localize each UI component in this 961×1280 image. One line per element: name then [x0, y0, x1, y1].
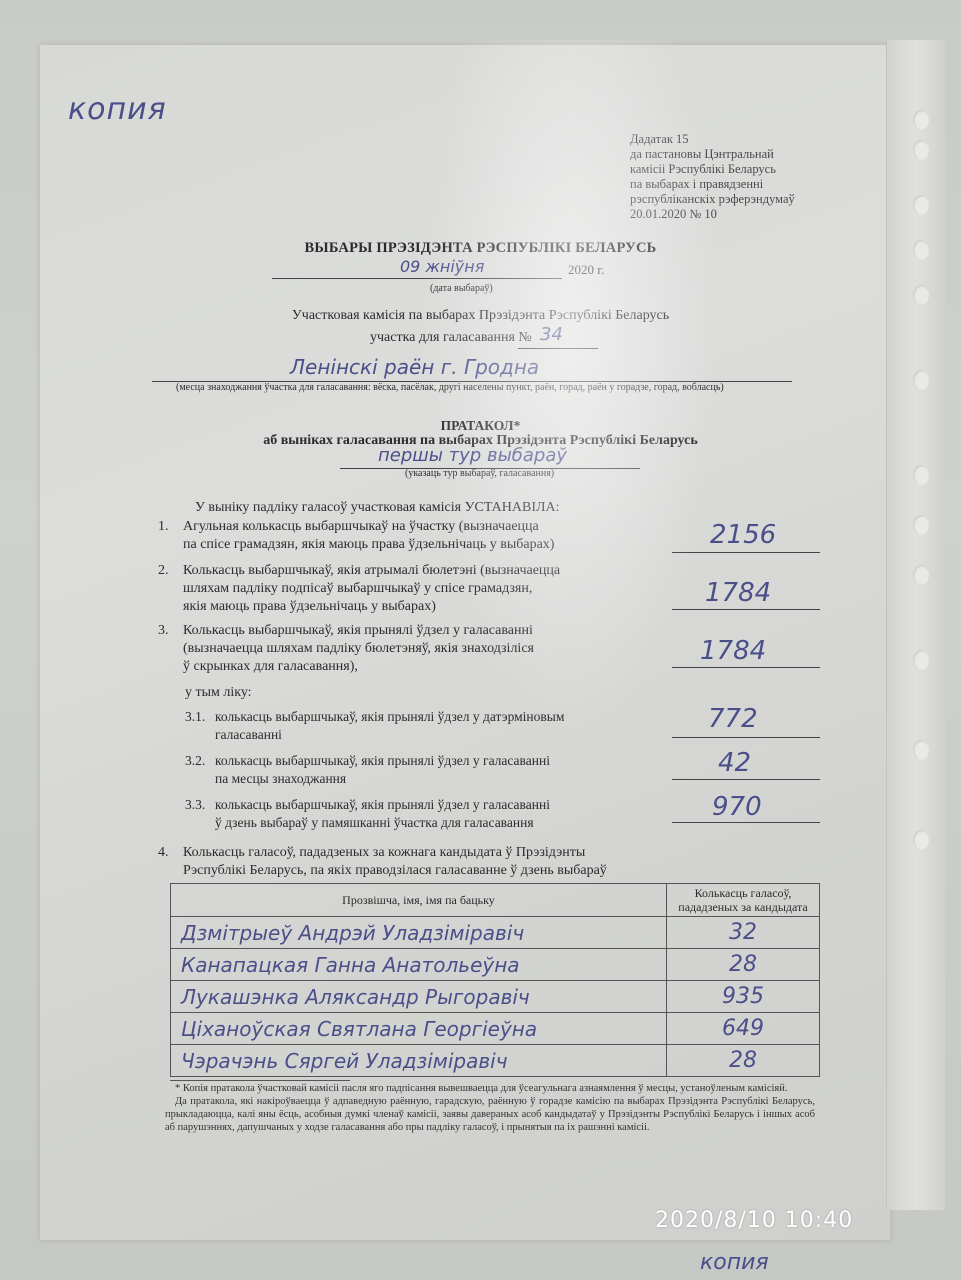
- precinct-underline: [518, 348, 598, 349]
- table-row: Лукашэнка Аляксандр Рыгоравіч 935: [171, 981, 820, 1013]
- item-ballots-received: 2. Колькасць выбаршчыкаў, якія атрымалі …: [158, 562, 618, 618]
- column-header-name: Прозвішча, імя, імя па бацьку: [171, 884, 667, 917]
- annex-line: да пастановы Цэнтральнай: [630, 147, 830, 162]
- item-number: 3.: [158, 622, 169, 640]
- subitem-text: колькасць выбаршчыкаў, якія прынялі ўдзе…: [215, 708, 564, 744]
- item-text: Колькасць выбаршчыкаў, якія прынялі ўдзе…: [183, 622, 534, 676]
- footnote-paragraph: Да пратакола, які накіроўваецца ў адпаве…: [165, 1095, 815, 1134]
- punch-hole: [913, 465, 929, 485]
- subitem-text: колькасць выбаршчыкаў, якія прынялі ўдзе…: [215, 752, 550, 788]
- table-row: Чэрачэнь Сяргей Уладзіміравіч 28: [171, 1045, 820, 1077]
- election-day-voting-value: 970: [712, 792, 762, 822]
- early-voting-value: 772: [708, 704, 758, 734]
- punch-hole: [913, 740, 929, 760]
- footnote-divider: [170, 1080, 350, 1081]
- footnote-paragraph: * Копія пратакола ўчастковай камісіі пас…: [165, 1082, 815, 1095]
- item-line: якія маюць права ўдзельнічаць у выбарах): [183, 598, 560, 616]
- location-value: Ленінскі раён г. Гродна: [290, 355, 539, 379]
- candidate-votes: 28: [667, 1045, 820, 1077]
- photo-timestamp: 2020/8/10 10:40: [655, 1208, 853, 1233]
- subitem-line: колькасць выбаршчыкаў, якія прынялі ўдзе…: [215, 796, 550, 814]
- election-date-value: 09 жніўня: [400, 257, 484, 276]
- ballots-received-value: 1784: [705, 578, 771, 608]
- established-lead: У выніку падліку галасоў участковая камі…: [195, 500, 560, 516]
- punch-hole: [913, 565, 929, 585]
- item-text: Колькасць выбаршчыкаў, якія атрымалі бюл…: [183, 562, 560, 616]
- answer-underline: [672, 779, 820, 780]
- table-row: Ціханоўская Святлана Георгіеўна 649: [171, 1013, 820, 1045]
- item-line: (вызначаецца шляхам падліку бюлетэняў, я…: [183, 640, 534, 658]
- candidate-votes: 935: [667, 981, 820, 1013]
- precinct-label: участка для галасавання №: [370, 330, 532, 346]
- item-text: Колькасць галасоў, пададзеных за кожнага…: [183, 844, 607, 880]
- subitem-number: 3.3.: [185, 796, 205, 814]
- item-line: Колькасць галасоў, пададзеных за кожнага…: [183, 844, 607, 862]
- voters-participated-value: 1784: [700, 636, 766, 666]
- candidates-table: Прозвішча, імя, імя па бацьку Колькасць …: [170, 883, 820, 1077]
- punch-hole: [913, 140, 929, 160]
- annex-line: па выбарах і правядзенні: [630, 177, 830, 192]
- candidate-name: Канапацкая Ганна Анатольеўна: [171, 949, 667, 981]
- answer-underline: [672, 822, 820, 823]
- punch-hole: [913, 830, 929, 850]
- table-header-row: Прозвішча, імя, імя па бацьку Колькасць …: [171, 884, 820, 917]
- item-number: 2.: [158, 562, 169, 580]
- subitem-line: па месцы знаходжання: [215, 770, 550, 788]
- subitem-line: ў дзень выбараў у памяшканні ўчастка для…: [215, 814, 550, 832]
- candidate-name: Ціханоўская Святлана Георгіеўна: [171, 1013, 667, 1045]
- punch-hole: [913, 515, 929, 535]
- including-label: у тым ліку:: [185, 684, 252, 702]
- subitem-line: галасаванні: [215, 726, 564, 744]
- subitem-election-day-voting: 3.3. колькасць выбаршчыкаў, якія прынялі…: [185, 796, 645, 836]
- answer-underline: [672, 737, 820, 738]
- punch-hole: [913, 650, 929, 670]
- round-value: першы тур выбараў: [378, 445, 567, 466]
- punch-hole: [913, 195, 929, 215]
- footnote: * Копія пратакола ўчастковай камісіі пас…: [165, 1082, 815, 1134]
- item-line: шляхам падліку подпісаў выбаршчыкаў у сп…: [183, 580, 560, 598]
- table-row: Канапацкая Ганна Анатольеўна 28: [171, 949, 820, 981]
- item-candidate-votes: 4. Колькасць галасоў, пададзеных за кожн…: [158, 844, 678, 884]
- candidate-name: Дзмітрыеў Андрэй Уладзіміравіч: [171, 917, 667, 949]
- handwritten-copy-mark: копия: [68, 92, 167, 127]
- item-line: Колькасць выбаршчыкаў, якія атрымалі бюл…: [183, 562, 560, 580]
- item-text: Агульная колькасць выбаршчыкаў на ўчастк…: [183, 518, 554, 554]
- subitem-text: колькасць выбаршчыкаў, якія прынялі ўдзе…: [215, 796, 550, 832]
- annex-line: Дадатак 15: [630, 132, 830, 147]
- item-number: 4.: [158, 844, 169, 862]
- item-number: 1.: [158, 518, 169, 536]
- subitem-early-voting: 3.1. колькасць выбаршчыкаў, якія прынялі…: [185, 708, 645, 748]
- item-line: ў скрынках для галасавання),: [183, 658, 534, 676]
- answer-underline: [672, 552, 820, 553]
- annex-line: 20.01.2020 № 10: [630, 207, 830, 222]
- candidate-votes: 649: [667, 1013, 820, 1045]
- sheet-protector-edge: [886, 40, 945, 1210]
- candidate-name: Чэрачэнь Сяргей Уладзіміравіч: [171, 1045, 667, 1077]
- punch-hole: [913, 110, 929, 130]
- location-caption: (месца знаходжання ўчастка для галасаван…: [176, 382, 724, 393]
- subitem-home-voting: 3.2. колькасць выбаршчыкаў, якія прынялі…: [185, 752, 645, 792]
- answer-underline: [672, 609, 820, 610]
- protocol-title: ПРАТАКОЛ*: [0, 418, 961, 434]
- annex-reference: Дадатак 15 да пастановы Цэнтральнай камі…: [630, 132, 830, 222]
- punch-hole: [913, 285, 929, 305]
- item-line: Рэспублікі Беларусь, па якіх праводзілас…: [183, 862, 607, 880]
- annex-line: камісіі Рэспублікі Беларусь: [630, 162, 830, 177]
- subitem-number: 3.1.: [185, 708, 205, 726]
- table-row: Дзмітрыеў Андрэй Уладзіміравіч 32: [171, 917, 820, 949]
- handwritten-copy-mark-next-page: копия: [700, 1250, 769, 1275]
- item-line: Агульная колькасць выбаршчыкаў на ўчастк…: [183, 518, 554, 536]
- election-year: 2020 г.: [568, 262, 604, 278]
- item-total-voters: 1. Агульная колькасць выбаршчыкаў на ўча…: [158, 518, 618, 558]
- candidate-votes: 32: [667, 917, 820, 949]
- answer-underline: [672, 667, 820, 668]
- subitem-number: 3.2.: [185, 752, 205, 770]
- date-caption: (дата выбараў): [430, 283, 493, 294]
- commission-line: Участковая камісія па выбарах Прэзідэнта…: [0, 308, 961, 324]
- subitem-line: колькасць выбаршчыкаў, якія прынялі ўдзе…: [215, 752, 550, 770]
- item-line: Колькасць выбаршчыкаў, якія прынялі ўдзе…: [183, 622, 534, 640]
- election-title: ВЫБАРЫ ПРЭЗІДЭНТА РЭСПУБЛІКІ БЕЛАРУСЬ: [0, 240, 961, 257]
- total-voters-value: 2156: [710, 520, 776, 550]
- item-voters-participated: 3. Колькасць выбаршчыкаў, якія прынялі ў…: [158, 622, 618, 678]
- column-header-votes: Колькасць галасоў, пададзеных за кандыда…: [667, 884, 820, 917]
- item-line: па спісе грамадзян, якія маюць права ўдз…: [183, 536, 554, 554]
- candidate-votes: 28: [667, 949, 820, 981]
- precinct-number: 34: [540, 324, 563, 345]
- round-caption: (указаць тур выбараў, галасавання): [405, 468, 554, 479]
- home-voting-value: 42: [718, 748, 751, 778]
- punch-hole: [913, 370, 929, 390]
- annex-line: рэспубліканскіх рэферэндумаў: [630, 192, 830, 207]
- subitem-line: колькасць выбаршчыкаў, якія прынялі ўдзе…: [215, 708, 564, 726]
- candidate-name: Лукашэнка Аляксандр Рыгоравіч: [171, 981, 667, 1013]
